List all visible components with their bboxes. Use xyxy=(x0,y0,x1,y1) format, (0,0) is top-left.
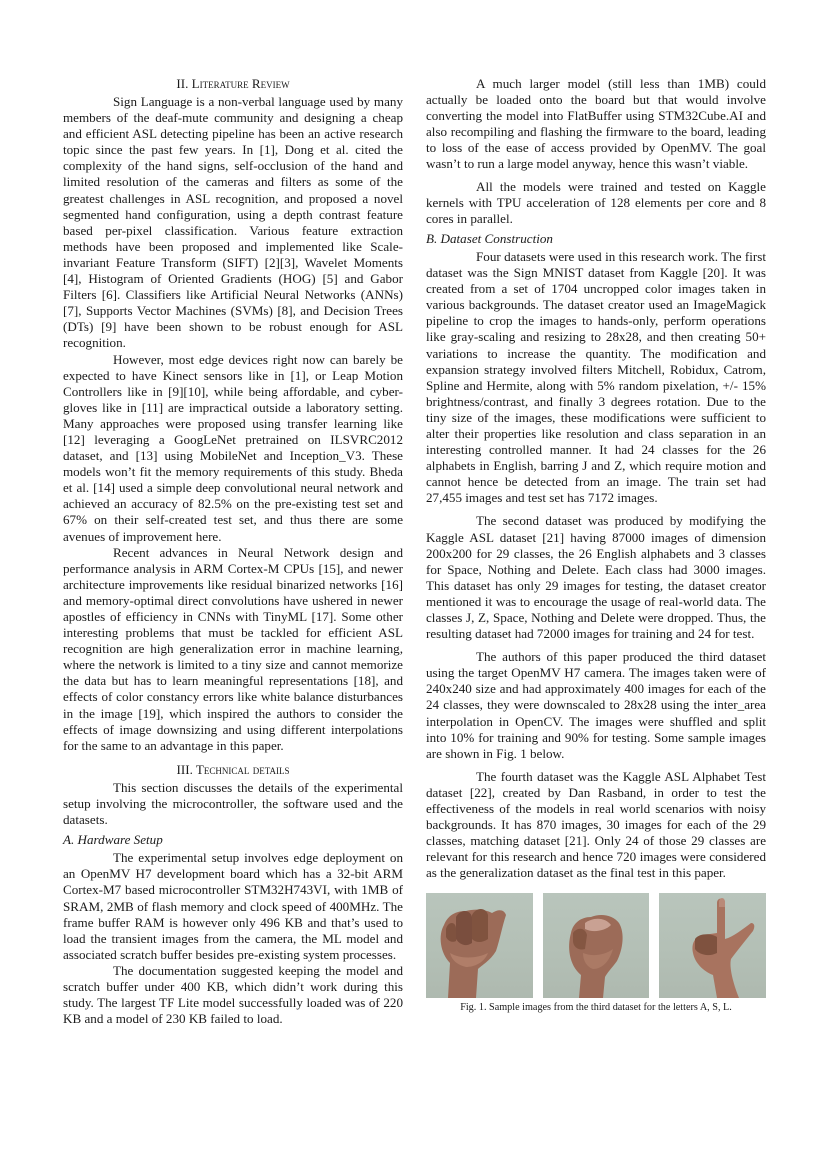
right-column: A much larger model (still less than 1MB… xyxy=(426,76,766,1014)
paragraph: A much larger model (still less than 1MB… xyxy=(426,76,766,173)
paragraph: Recent advances in Neural Network design… xyxy=(63,545,403,754)
subsection-heading-dataset-construction: B. Dataset Construction xyxy=(426,231,766,247)
subsection-heading-hardware-setup: A. Hardware Setup xyxy=(63,832,403,848)
hand-sign-l-image xyxy=(659,893,766,998)
hand-a-icon xyxy=(426,893,533,998)
hand-sign-a-image xyxy=(426,893,533,998)
paragraph: Four datasets were used in this research… xyxy=(426,249,766,507)
paragraph: This section discusses the details of th… xyxy=(63,780,403,828)
hand-s-icon xyxy=(543,893,650,998)
paragraph: The experimental setup involves edge dep… xyxy=(63,850,403,963)
hand-sign-s-image xyxy=(543,893,650,998)
section-heading-technical-details: III. Technical details xyxy=(63,762,403,778)
paragraph: The second dataset was produced by modif… xyxy=(426,513,766,642)
figure-caption: Fig. 1. Sample images from the third dat… xyxy=(426,1002,766,1014)
paragraph: The fourth dataset was the Kaggle ASL Al… xyxy=(426,769,766,882)
section-heading-literature-review: II. Literature Review xyxy=(63,76,403,92)
paragraph: The authors of this paper produced the t… xyxy=(426,649,766,762)
figure-1 xyxy=(426,893,766,998)
paragraph: The documentation suggested keeping the … xyxy=(63,963,403,1027)
left-column: II. Literature Review Sign Language is a… xyxy=(63,76,403,1027)
paragraph: However, most edge devices right now can… xyxy=(63,352,403,545)
paragraph: All the models were trained and tested o… xyxy=(426,179,766,227)
hand-l-icon xyxy=(659,893,766,998)
paragraph: Sign Language is a non-verbal language u… xyxy=(63,94,403,352)
